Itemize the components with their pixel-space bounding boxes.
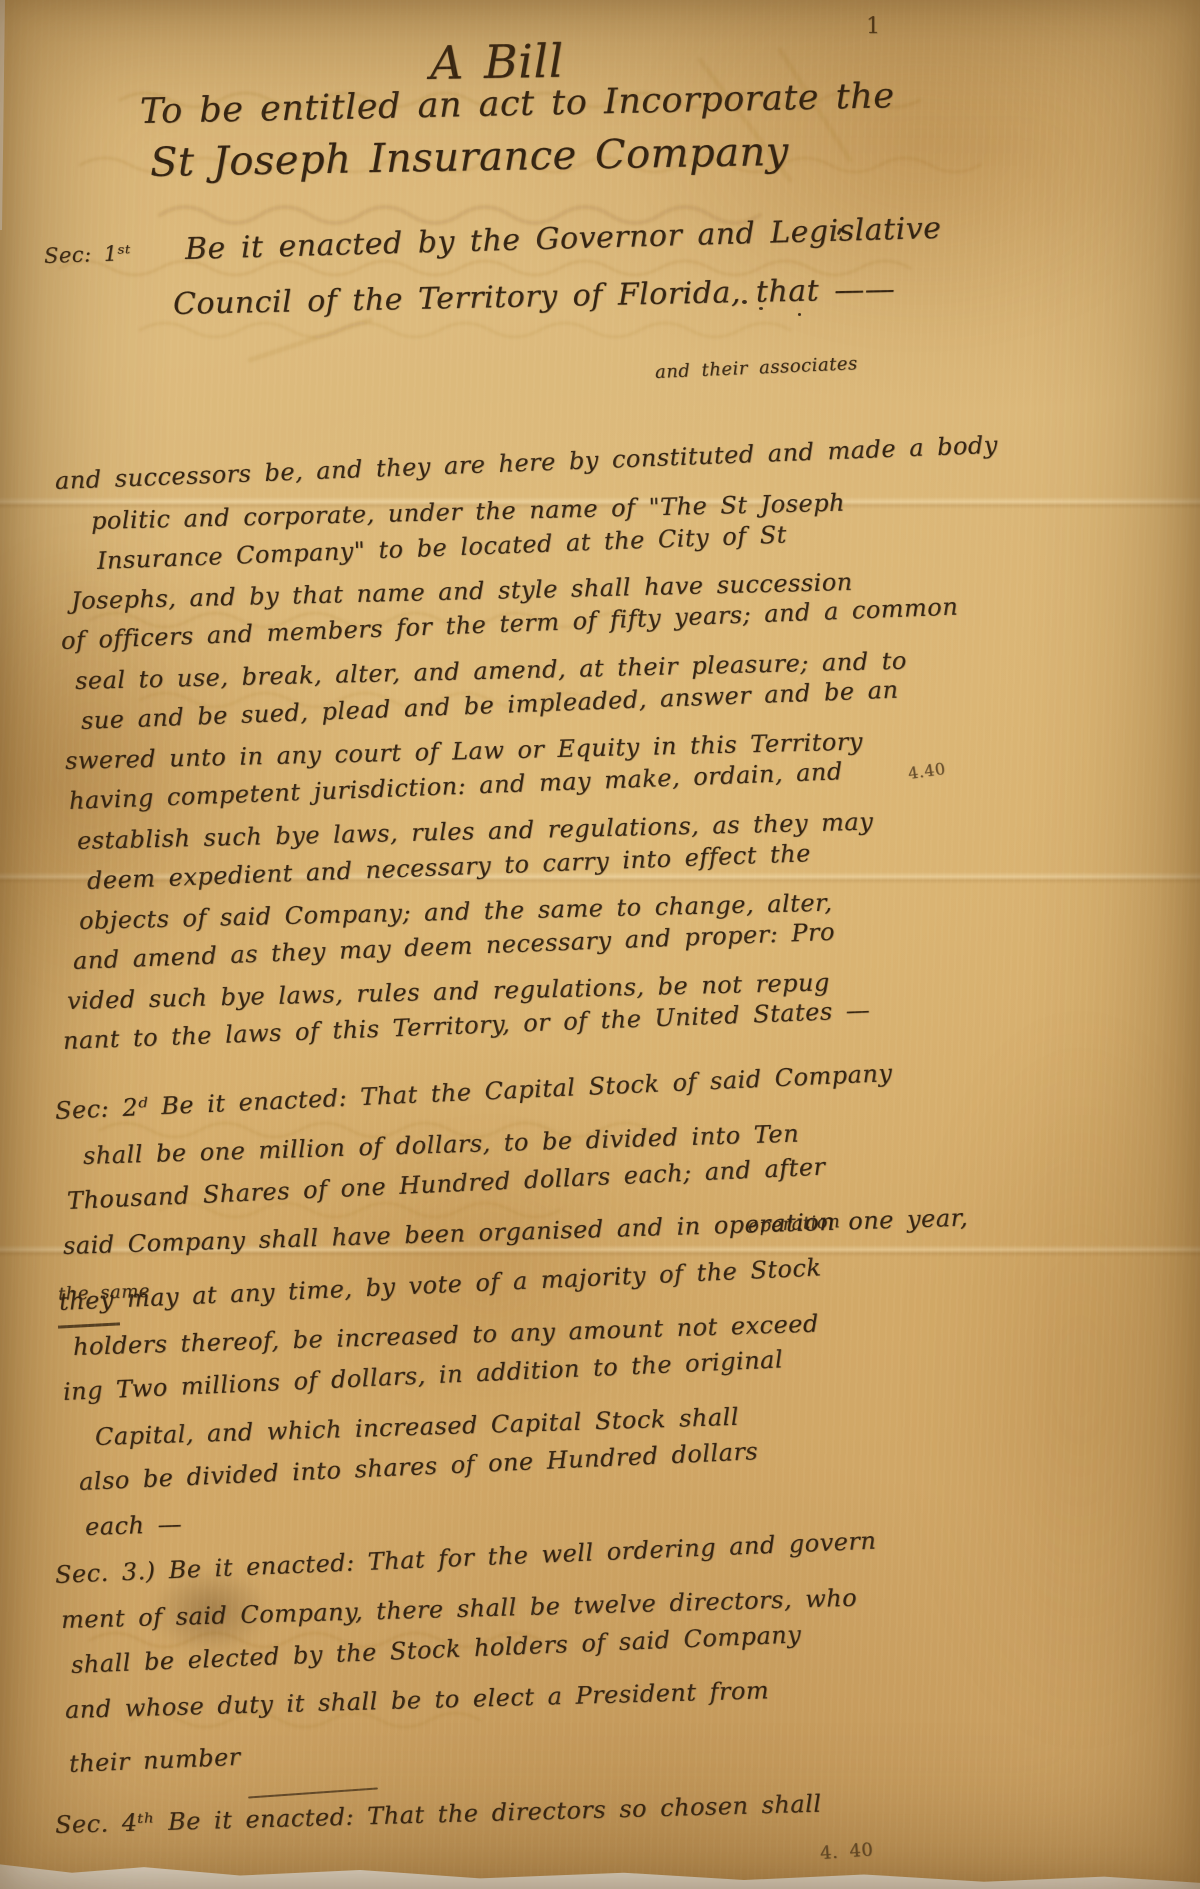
title-line-2: To be entitled an act to Incorporate the [140, 76, 895, 132]
pencil-mark-bottom: 4. 40 [819, 1839, 874, 1864]
page-number: 1 [866, 14, 881, 39]
section-1-text: Be it enacted by the Governor and Legisl… [185, 233, 942, 343]
scan-edge-left [0, 0, 5, 230]
section-1-paragraph: and successors be, and they are here by … [55, 468, 998, 1068]
manuscript-line: Council of the Territory of Florida, tha… [173, 272, 942, 322]
interlinear-insertion-associates: and their associates [655, 353, 859, 383]
manuscript-line: they may at any time, by vote of a major… [58, 1248, 968, 1315]
manuscript-page: 1 A Bill To be entitled an act to Incorp… [0, 0, 1200, 1889]
title-line-1: A Bill [430, 34, 565, 90]
manuscript-line: their number [68, 1717, 876, 1777]
title-line-3: St Joseph Insurance Company [150, 129, 790, 186]
scan-edge-bottom [0, 1861, 1200, 1889]
manuscript-line: said Company shall have been organised a… [63, 1205, 969, 1259]
manuscript-line: and whose duty it shall be to elect a Pr… [65, 1674, 877, 1723]
ink-speck [742, 300, 747, 304]
ink-speck [759, 307, 763, 310]
manuscript-line: Be it enacted by the Governor and Legisl… [185, 212, 942, 267]
section-4-text: Sec. 4ᵗʰ Be it enacted: That the directo… [55, 1812, 822, 1838]
section-3-text: Sec. 3.) Be it enacted: That for the wel… [55, 1562, 877, 1796]
section-1-label: Sec: 1ˢᵗ [44, 241, 132, 268]
paper-stain [930, 1020, 1200, 1740]
manuscript-line: Sec. 4ᵗʰ Be it enacted: That the directo… [55, 1791, 822, 1838]
ink-speck [798, 313, 801, 316]
section-2-text: Sec: 2ᵈ Be it enacted: That the Capital … [55, 1098, 968, 1559]
manuscript-line: and successors be, and they are here by … [55, 432, 999, 494]
